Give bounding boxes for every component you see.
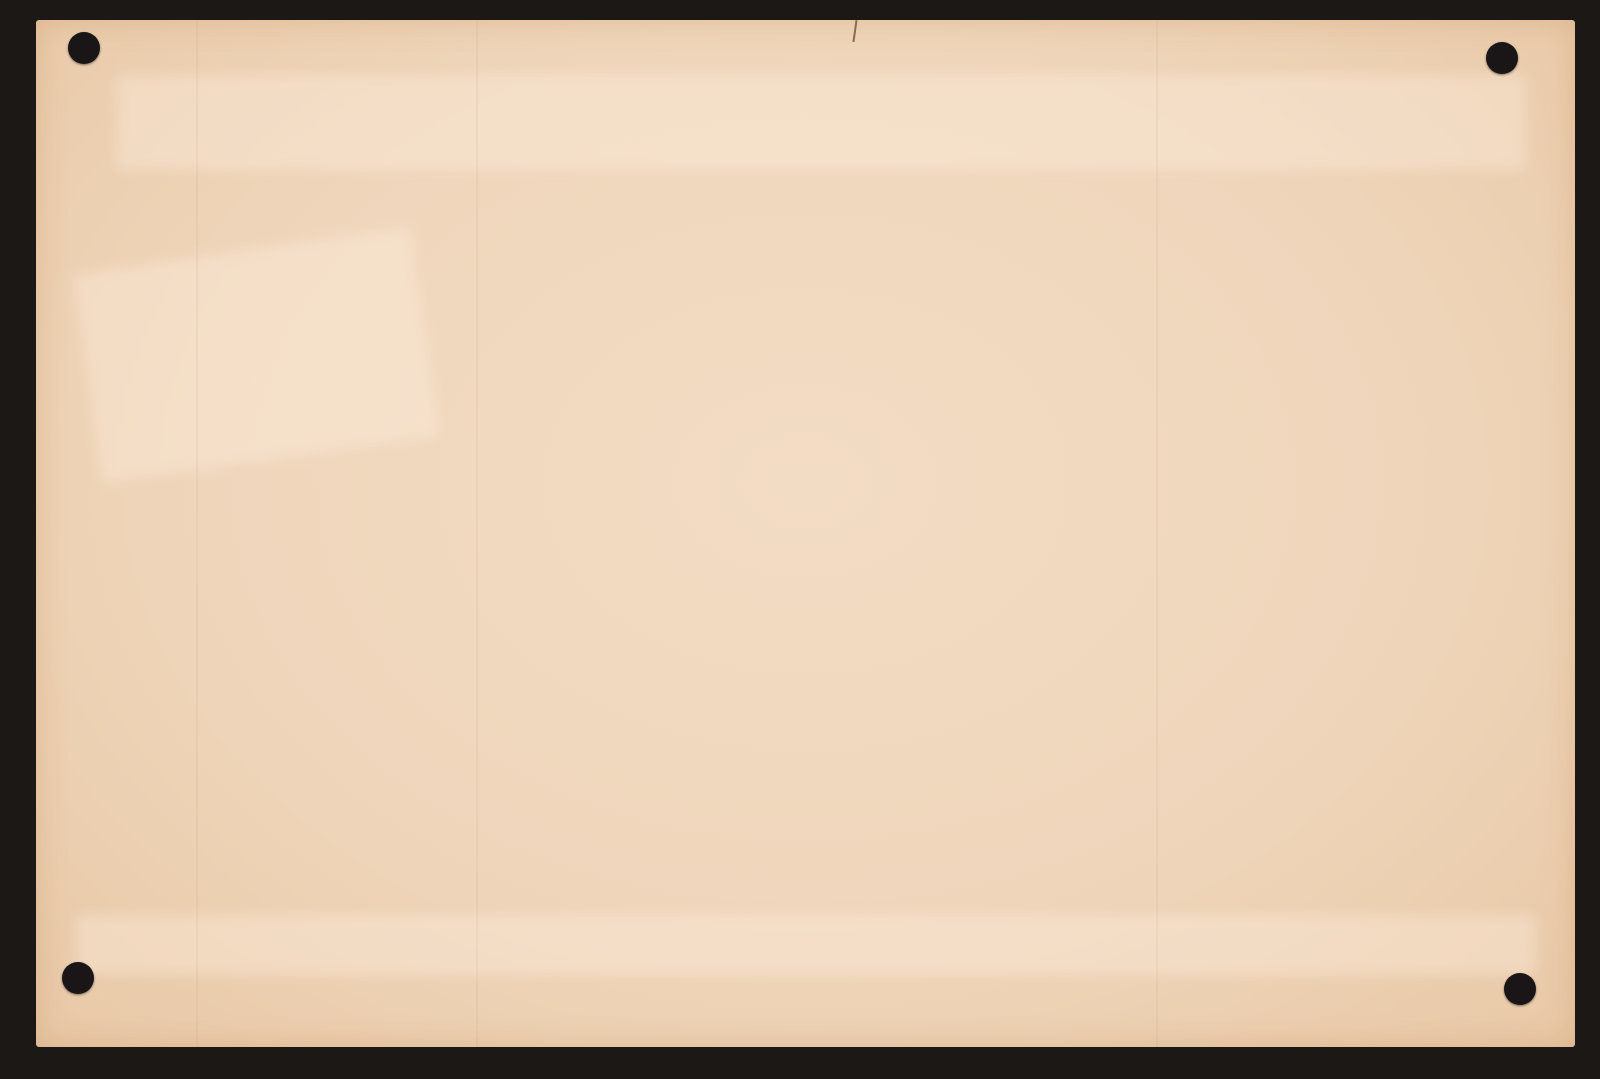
mirrored-caption-box-show-through (73, 227, 439, 482)
edge-tear (852, 20, 857, 42)
fold-line (476, 20, 478, 1047)
poster-back (36, 20, 1575, 1047)
pin-bottom-right (1504, 973, 1536, 1005)
mirrored-title-show-through (116, 75, 1526, 170)
pin-top-right (1486, 42, 1518, 74)
fold-line (1156, 20, 1158, 1047)
pin-top-left (68, 32, 100, 64)
fold-line (196, 20, 198, 1047)
mirrored-credits-show-through (76, 915, 1536, 975)
pin-bottom-left (62, 962, 94, 994)
